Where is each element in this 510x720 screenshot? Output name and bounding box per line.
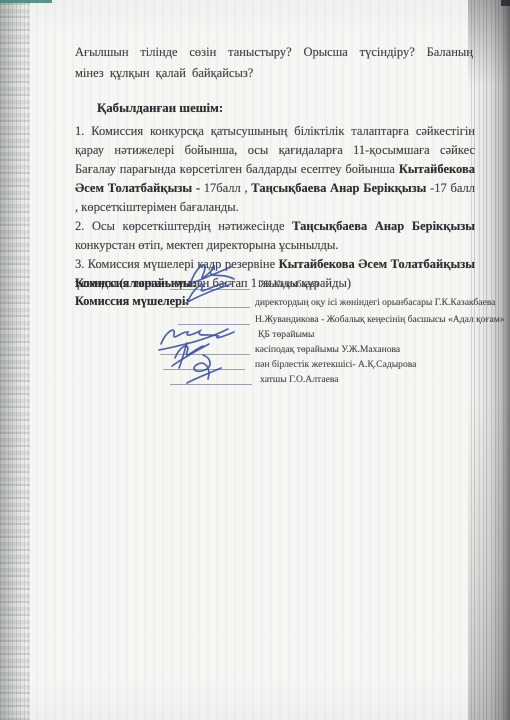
text-run: 3. Комиссия мүшелері кадр резервіне xyxy=(75,257,279,271)
signature-line xyxy=(170,307,250,308)
decision-heading: Қабылданған шешім: xyxy=(97,101,223,116)
signature-line xyxy=(178,324,250,325)
scan-top-right-mark xyxy=(501,0,510,6)
scan-top-left-strip xyxy=(0,0,52,3)
signature-line xyxy=(160,354,250,355)
signer-name: Н.Жувандикова - Жобалық кеңесінің басшыс… xyxy=(255,314,505,325)
text-run-bold: Таңсықбаева Анар Берікқызы xyxy=(292,219,475,233)
signer-name: директордың оқу ісі жөніндегі орынбасары… xyxy=(255,297,495,308)
signer-name: хатшы Г.О.Алтаева xyxy=(260,374,339,385)
text-run-bold: Кытайбекова Әсем Толатбайқызы xyxy=(279,257,475,271)
text-run-bold: Таңсықбаева Анар Берікқызы xyxy=(251,181,426,195)
text-run: конкурстан өтіп, мектеп директорына ұсын… xyxy=(75,238,338,252)
text-run: 2. Осы көрсеткіштердің нәтижесінде xyxy=(75,219,292,233)
signature-row-secretary: хатшы Г.О.Алтаева xyxy=(0,371,510,387)
decision-items: 1. Комиссия конкурсқа қатысушының білікт… xyxy=(75,122,475,293)
scanned-document-page: Ағылшын тілінде сөзін таныстыру? Орысша … xyxy=(0,0,510,720)
signature-line xyxy=(170,289,250,290)
signature-row-member-3: кәсіподақ төрайымы У.Ж.Маханова xyxy=(0,341,510,357)
signature-row-member-1: Комиссия мүшелері: директордың оқу ісі ж… xyxy=(0,294,510,310)
signature-row-member-2: Н.Жувандикова - Жобалық кеңесінің басшыс… xyxy=(0,311,510,327)
signer-name: пән бірлестік жетекшісі- А.Қ.Садырова xyxy=(255,359,416,370)
signer-name: кәсіподақ төрайымы У.Ж.Маханова xyxy=(255,344,400,355)
signature-line xyxy=(163,369,245,370)
signer-name: Г.К.Казакбаева xyxy=(258,279,319,290)
text-run: 17балл , xyxy=(200,181,251,195)
signer-name: ҚБ төрайымы xyxy=(258,329,314,340)
questions-paragraph: Ағылшын тілінде сөзін таныстыру? Орысша … xyxy=(75,42,473,84)
signature-row-member-4: пән бірлестік жетекшісі- А.Қ.Садырова xyxy=(0,356,510,372)
signature-row-chair: Комиссия төрайымы: Г.К.Казакбаева xyxy=(0,276,510,292)
signature-line xyxy=(170,384,252,385)
decision-item-2: 2. Осы көрсеткіштердің нәтижесінде Таңсы… xyxy=(75,217,475,255)
decision-item-1: 1. Комиссия конкурсқа қатысушының білікт… xyxy=(75,122,475,217)
signature-row-member-2b: ҚБ төрайымы xyxy=(0,326,510,342)
